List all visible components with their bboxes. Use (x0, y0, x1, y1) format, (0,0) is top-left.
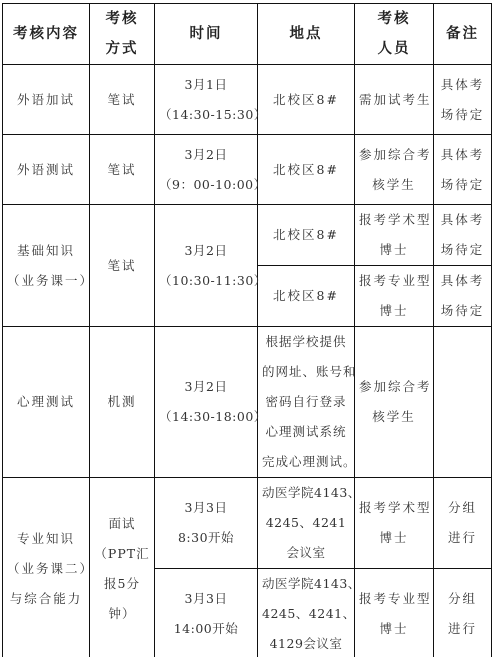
cell-location: 北校区8# (258, 266, 355, 327)
cell-text-line: 会议室 (262, 538, 350, 568)
cell-text-line: 外语测试 (7, 155, 85, 185)
header-time: 时间 (155, 4, 258, 65)
cell-text-line: 场待定 (438, 170, 487, 200)
cell-text-line: 方式 (94, 34, 150, 64)
cell-text-line: 心理测试系统 (262, 417, 350, 447)
cell-text-line: 笔试 (94, 85, 150, 115)
cell-remarks: 具体考 场待定 (434, 135, 492, 205)
cell-time: 3月3日 8:30开始 (155, 478, 258, 569)
cell-text-line: 进行 (438, 614, 487, 644)
cell-text-line: 机测 (94, 387, 150, 417)
cell-text-line: 专业知识 (7, 524, 85, 554)
cell-text-line: 北校区8# (262, 155, 350, 185)
cell-text-line: 报考专业型 (359, 584, 429, 614)
cell-text-line: 密码自行登录 (262, 387, 350, 417)
cell-text-line: 与综合能力 (7, 584, 85, 614)
cell-text-line: 北校区8# (262, 85, 350, 115)
header-remarks: 备注 (434, 4, 492, 65)
cell-text-line: （PPT汇 (94, 539, 150, 569)
cell-text-line: （业务课一） (7, 266, 85, 296)
header-method: 考核 方式 (90, 4, 155, 65)
exam-schedule-table: 考核内容 考核 方式 时间 地点 考核 人员 备注 外语加试 笔试 3月1日 （… (2, 3, 492, 657)
cell-personnel: 报考专业型 博士 (355, 266, 434, 327)
cell-text-line: 场待定 (438, 100, 487, 130)
cell-text-line: 场待定 (438, 235, 487, 265)
table-row: 外语加试 笔试 3月1日 （14:30-15:30） 北校区8# 需加试考生 具… (3, 65, 492, 135)
cell-text-line: 人员 (359, 34, 429, 64)
cell-text-line: 的网址、账号和 (262, 357, 350, 387)
cell-content: 基础知识 （业务课一） (3, 205, 90, 327)
cell-text-line: 3月2日 (159, 236, 253, 266)
cell-text-line: 报考学术型 (359, 205, 429, 235)
cell-time: 3月1日 （14:30-15:30） (155, 65, 258, 135)
cell-time: 3月3日 14:00开始 (155, 569, 258, 657)
header-personnel: 考核 人员 (355, 4, 434, 65)
cell-remarks (434, 327, 492, 478)
cell-text-line: 需加试考生 (359, 85, 429, 115)
header-location: 地点 (258, 4, 355, 65)
cell-method: 机测 (90, 327, 155, 478)
cell-personnel: 报考学术型 博士 (355, 478, 434, 569)
cell-text-line: 报考专业型 (359, 266, 429, 296)
cell-text-line: 参加综合考 (359, 140, 429, 170)
cell-text-line: 进行 (438, 523, 487, 553)
cell-text-line: 具体考 (438, 140, 487, 170)
cell-text-line: 笔试 (94, 251, 150, 281)
cell-content: 外语测试 (3, 135, 90, 205)
cell-location: 北校区8# (258, 135, 355, 205)
cell-time: 3月2日 （9：00-10:00） (155, 135, 258, 205)
cell-method: 笔试 (90, 205, 155, 327)
cell-text-line: 8:30开始 (159, 523, 253, 553)
cell-content: 心理测试 (3, 327, 90, 478)
header-content: 考核内容 (3, 4, 90, 65)
cell-text-line: （业务课二） (7, 554, 85, 584)
cell-remarks: 分组 进行 (434, 478, 492, 569)
cell-text-line: 4245、4241 (262, 508, 350, 538)
cell-location: 根据学校提供 的网址、账号和 密码自行登录 心理测试系统 完成心理测试。 (258, 327, 355, 478)
cell-text-line: 报考学术型 (359, 493, 429, 523)
cell-text-line: 场待定 (438, 296, 487, 326)
cell-text-line: 分组 (438, 584, 487, 614)
cell-text-line: 参加综合考 (359, 372, 429, 402)
cell-text-line: 面试 (94, 509, 150, 539)
cell-text-line: 北校区8# (262, 220, 350, 250)
cell-remarks: 具体考 场待定 (434, 205, 492, 266)
cell-text-line: 完成心理测试。 (262, 447, 350, 477)
cell-text-line: 基础知识 (7, 236, 85, 266)
cell-text-line: 具体考 (438, 70, 487, 100)
cell-text-line: 根据学校提供 (262, 327, 350, 357)
cell-text-line: 3月2日 (159, 372, 253, 402)
cell-location: 北校区8# (258, 65, 355, 135)
cell-method: 笔试 (90, 135, 155, 205)
cell-text-line: 考核 (94, 4, 150, 34)
cell-location: 动医学院4143、 4245、4241、 4129会议室 (258, 569, 355, 657)
cell-text-line: （14:30-15:30） (159, 100, 253, 130)
cell-text-line: 核学生 (359, 402, 429, 432)
cell-text-line: 14:00开始 (159, 614, 253, 644)
cell-content: 专业知识 （业务课二） 与综合能力 (3, 478, 90, 657)
cell-text-line: 具体考 (438, 266, 487, 296)
cell-personnel: 需加试考生 (355, 65, 434, 135)
cell-method: 面试 （PPT汇 报5分 钟） (90, 478, 155, 657)
cell-text-line: 考核 (359, 4, 429, 34)
table-row: 专业知识 （业务课二） 与综合能力 面试 （PPT汇 报5分 钟） 3月3日 8… (3, 478, 492, 569)
cell-location: 动医学院4143、 4245、4241 会议室 (258, 478, 355, 569)
table-row: 心理测试 机测 3月2日 （14:30-18:00） 根据学校提供 的网址、账号… (3, 327, 492, 478)
table-row: 外语测试 笔试 3月2日 （9：00-10:00） 北校区8# 参加综合考 核学… (3, 135, 492, 205)
cell-text-line: 动医学院4143、 (262, 569, 350, 599)
cell-text-line: 4245、4241、 (262, 599, 350, 629)
cell-text-line: 博士 (359, 296, 429, 326)
cell-text-line: 博士 (359, 614, 429, 644)
cell-text-line: 报5分 (94, 569, 150, 599)
cell-remarks: 具体考 场待定 (434, 266, 492, 327)
cell-text-line: 3月3日 (159, 584, 253, 614)
cell-time: 3月2日 （10:30-11:30） (155, 205, 258, 327)
cell-text-line: 具体考 (438, 205, 487, 235)
cell-location: 北校区8# (258, 205, 355, 266)
cell-text-line: （10:30-11:30） (159, 266, 253, 296)
cell-text-line: 钟） (94, 599, 150, 629)
cell-text-line: 心理测试 (7, 387, 85, 417)
cell-text-line: 动医学院4143、 (262, 478, 350, 508)
cell-text-line: 4129会议室 (262, 629, 350, 657)
header-row: 考核内容 考核 方式 时间 地点 考核 人员 备注 (3, 4, 492, 65)
cell-personnel: 参加综合考 核学生 (355, 135, 434, 205)
cell-text-line: 核学生 (359, 170, 429, 200)
cell-text-line: 3月1日 (159, 70, 253, 100)
cell-text-line: 博士 (359, 523, 429, 553)
cell-remarks: 具体考 场待定 (434, 65, 492, 135)
cell-text-line: 外语加试 (7, 85, 85, 115)
cell-text-line: （9：00-10:00） (159, 170, 253, 200)
cell-text-line: 3月3日 (159, 493, 253, 523)
cell-text-line: 北校区8# (262, 281, 350, 311)
cell-personnel: 报考专业型 博士 (355, 569, 434, 657)
cell-time: 3月2日 （14:30-18:00） (155, 327, 258, 478)
cell-remarks: 分组 进行 (434, 569, 492, 657)
cell-method: 笔试 (90, 65, 155, 135)
table-row: 基础知识 （业务课一） 笔试 3月2日 （10:30-11:30） 北校区8# … (3, 205, 492, 266)
cell-text-line: 笔试 (94, 155, 150, 185)
cell-text-line: （14:30-18:00） (159, 402, 253, 432)
cell-personnel: 报考学术型 博士 (355, 205, 434, 266)
cell-text-line: 3月2日 (159, 140, 253, 170)
cell-personnel: 参加综合考 核学生 (355, 327, 434, 478)
cell-text-line: 分组 (438, 493, 487, 523)
cell-text-line: 博士 (359, 235, 429, 265)
cell-content: 外语加试 (3, 65, 90, 135)
